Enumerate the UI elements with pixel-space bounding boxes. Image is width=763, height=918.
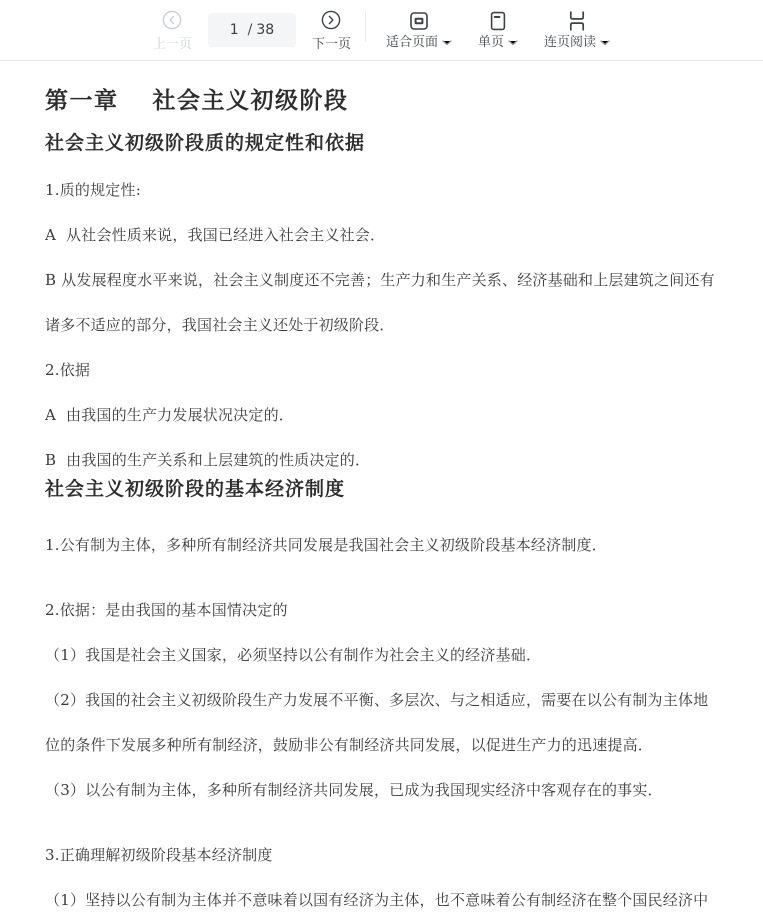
continuous-reading-label: 连页阅读 [544, 34, 596, 51]
single-page-icon [487, 10, 509, 32]
document-paragraph: （2）我国的社会主义初级阶段生产力发展不平衡、多层次、与之相适应，需要在以公有制… [45, 689, 723, 711]
page-separator: / [248, 22, 253, 38]
document-paragraph: 3.正确理解初级阶段基本经济制度 [45, 844, 723, 866]
prev-page-button[interactable]: 上一页 [153, 9, 192, 52]
document-paragraph: B 由我国的生产关系和上层建筑的性质决定的． [45, 449, 723, 471]
chevron-down-icon [508, 34, 518, 51]
document-paragraph: 2.依据：是由我国的基本国情决定的 [45, 599, 723, 621]
document-paragraph: 1.质的规定性: [45, 179, 723, 201]
single-page-dropdown[interactable]: 单页 [478, 10, 518, 51]
document-heading: 第一章 社会主义初级阶段 [45, 86, 723, 116]
document-heading: 社会主义初级阶段的基本经济制度 [45, 476, 723, 502]
document-page: 第一章 社会主义初级阶段社会主义初级阶段质的规定性和依据1.质的规定性:A 从社… [0, 61, 763, 917]
document-paragraph: 1.公有制为主体，多种所有制经济共同发展是我国社会主义初级阶段基本经济制度． [45, 534, 723, 556]
document-paragraph: 位的条件下发展多种所有制经济，鼓励非公有制经济共同发展，以促进生产力的迅速提高． [45, 734, 723, 756]
next-page-button[interactable]: 下一页 [312, 9, 351, 52]
single-page-label: 单页 [478, 34, 504, 51]
page-number-input[interactable]: 1 / 38 [208, 13, 296, 47]
document-paragraph: （1）坚持以公有制为主体并不意味着以国有经济为主体，也不意味着公有制经济在整个国… [45, 889, 723, 911]
toolbar: 上一页 1 / 38 下一页 适合页面 [0, 0, 763, 61]
continuous-pages-icon [566, 10, 588, 32]
document-paragraph: 2.依据 [45, 359, 723, 381]
document-paragraph: A 由我国的生产力发展状况决定的． [45, 404, 723, 426]
document-paragraph: B 从发展程度水平来说，社会主义制度还不完善；生产力和生产关系、经济基础和上层建… [45, 269, 723, 291]
fit-page-label: 适合页面 [386, 34, 438, 51]
document-paragraph: A 从社会性质来说，我国已经进入社会主义社会． [45, 224, 723, 246]
prev-page-label: 上一页 [153, 33, 192, 52]
chevron-down-icon [600, 34, 610, 51]
document-paragraph: 诸多不适应的部分，我国社会主义还处于初级阶段． [45, 314, 723, 336]
document-heading: 社会主义初级阶段质的规定性和依据 [45, 130, 723, 156]
next-page-label: 下一页 [312, 33, 351, 52]
current-page-value[interactable]: 1 [230, 22, 239, 38]
fit-page-dropdown[interactable]: 适合页面 [386, 10, 452, 51]
circle-chevron-right-icon [320, 9, 342, 31]
chevron-down-icon [442, 34, 452, 51]
continuous-reading-dropdown[interactable]: 连页阅读 [544, 10, 610, 51]
toolbar-divider [365, 11, 366, 41]
document-paragraph: （3）以公有制为主体，多种所有制经济共同发展，已成为我国现实经济中客观存在的事实… [45, 779, 723, 801]
total-pages-value: 38 [256, 22, 274, 38]
document-paragraph: （1）我国是社会主义国家，必须坚持以公有制作为社会主义的经济基础． [45, 644, 723, 666]
circle-chevron-left-icon [161, 9, 183, 31]
fit-page-icon [408, 10, 430, 32]
